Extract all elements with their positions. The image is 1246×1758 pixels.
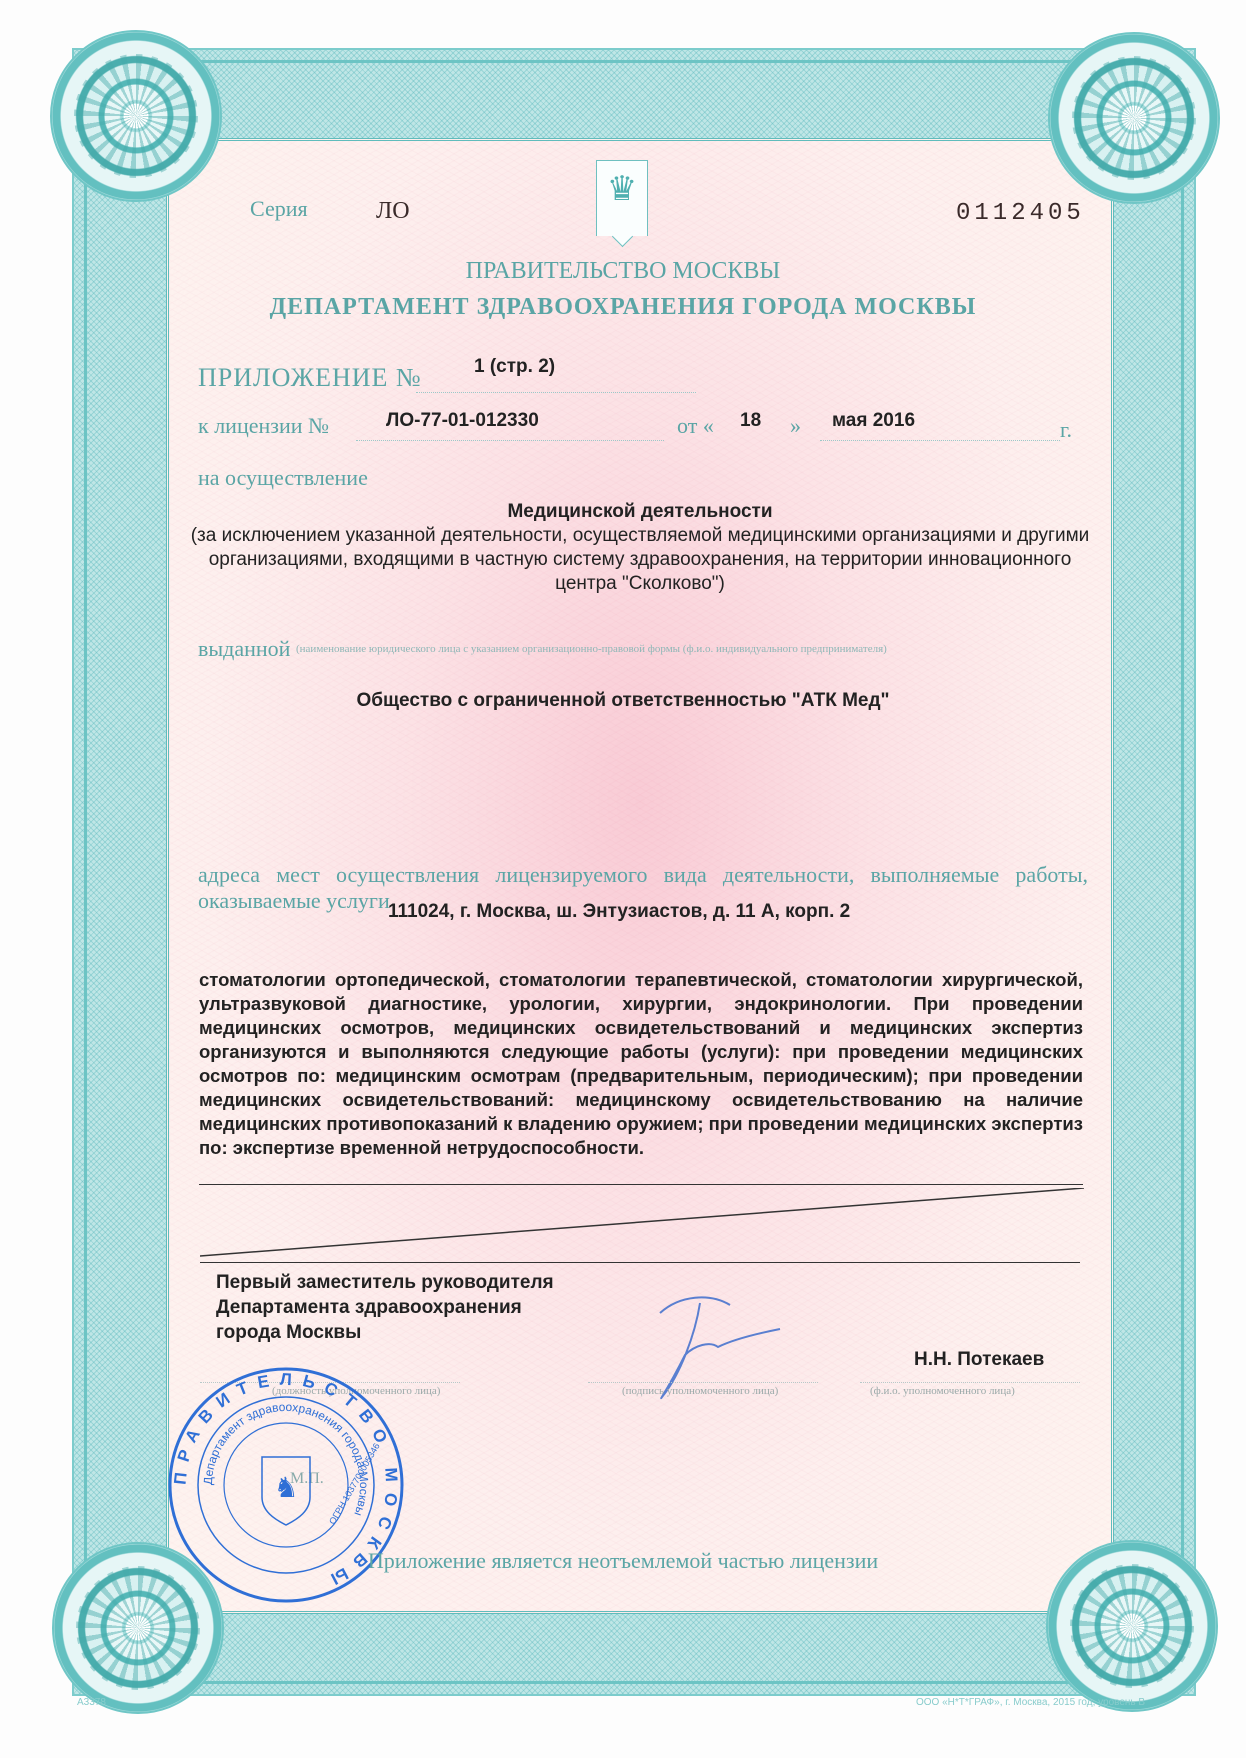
signatory-name: Н.Н. Потекаев <box>914 1349 1044 1371</box>
signature-caption: (подпись уполномоченного лица) <box>622 1385 778 1397</box>
license-month-year: мая 2016 <box>832 410 915 432</box>
date-quote-close: » <box>790 413 801 439</box>
license-label: к лицензии № <box>198 413 329 439</box>
activity-title: Медицинской деятельности <box>190 500 1090 524</box>
signature-top-line <box>200 1262 1080 1263</box>
form-number: 0112405 <box>956 200 1085 227</box>
services-list: стоматологии ортопедической, стоматологи… <box>199 968 1083 1160</box>
activity-block: Медицинской деятельности (за исключением… <box>190 500 1090 596</box>
svg-text:♞: ♞ <box>273 1471 298 1504</box>
serie-value: ЛО <box>376 198 410 225</box>
address-value: 111024, г. Москва, ш. Энтузиастов, д. 11… <box>388 901 850 923</box>
name-caption-line <box>860 1382 1080 1383</box>
issued-hint: (наименование юридического лица с указан… <box>296 643 887 655</box>
signatory-position: Первый заместитель руководителя Департам… <box>216 1270 556 1345</box>
license-appendix-page: ♛ Серия ЛО 0112405 ПРАВИТЕЛЬСТВО МОСКВЫ … <box>0 0 1246 1758</box>
license-number-line <box>356 440 664 441</box>
serie-label: Серия <box>250 196 308 222</box>
year-suffix: г. <box>1060 417 1072 443</box>
footer-note: Приложение является неотъемлемой частью … <box>0 1548 1246 1574</box>
coat-of-arms-shield: ♛ <box>596 160 648 236</box>
appendix-number-line <box>416 392 696 393</box>
department-title: ДЕПАРТАМЕНТ ЗДРАВООХРАНЕНИЯ ГОРОДА МОСКВ… <box>0 294 1246 321</box>
russian-coat-of-arms-icon: ♛ <box>597 169 647 209</box>
license-day: 18 <box>740 410 761 432</box>
activity-label: на осуществление <box>198 465 368 491</box>
services-underline <box>199 1184 1083 1185</box>
name-caption: (ф.и.о. уполномоченного лица) <box>870 1385 1015 1397</box>
activity-description: (за исключением указанной деятельности, … <box>190 524 1090 596</box>
date-from-label: от « <box>677 413 714 439</box>
corner-rosette-top-right <box>1048 32 1220 204</box>
blank-space-slash <box>200 1188 1084 1258</box>
appendix-number: 1 (стр. 2) <box>474 356 555 378</box>
government-title: ПРАВИТЕЛЬСТВО МОСКВЫ <box>0 258 1246 285</box>
license-number: ЛО-77-01-012330 <box>386 410 539 432</box>
appendix-label: ПРИЛОЖЕНИЕ № <box>198 363 422 393</box>
print-code: А3378 <box>77 1697 106 1708</box>
issued-label: выданной <box>198 636 290 662</box>
signature-caption-line <box>588 1382 818 1383</box>
date-line <box>820 440 1060 441</box>
organization-name: Общество с ограниченной ответственностью… <box>0 690 1246 712</box>
corner-rosette-top-left <box>50 30 222 202</box>
printer-info: ООО «Н*Т*ГРАФ», г. Москва, 2015 год, уро… <box>916 1697 1145 1708</box>
